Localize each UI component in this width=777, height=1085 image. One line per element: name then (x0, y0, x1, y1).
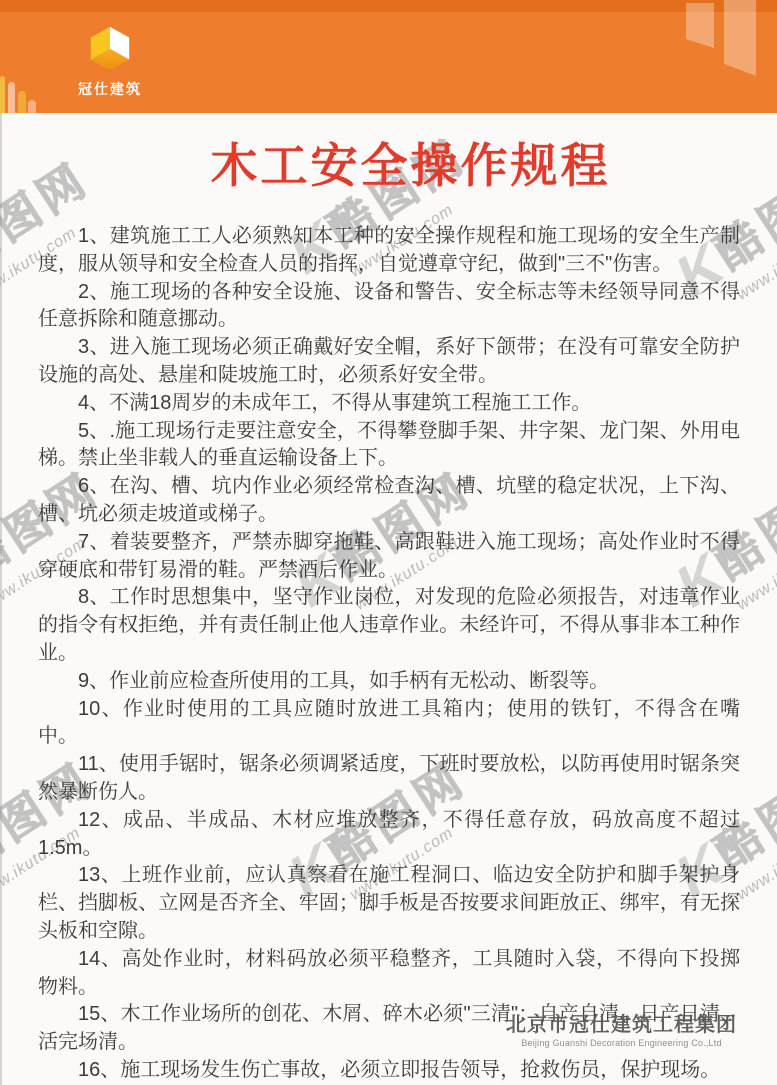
rule-item: 9、作业前应检查所使用的工具，如手柄有无松动、断裂等。 (38, 668, 740, 696)
rule-item: 5、.施工现场行走要注意安全，不得攀登脚手架、井字架、龙门架、外用电梯。禁止坐非… (38, 418, 740, 474)
page-title: 木工安全操作规程 (22, 138, 777, 194)
decor-equalizer-bars (0, 73, 40, 113)
rule-item: 4、不满18周岁的未成年工，不得从事建筑工程施工工作。 (38, 390, 740, 418)
decor-stripe (724, 0, 756, 76)
company-logo: 冠仕建筑 (78, 24, 142, 99)
rule-item: 7、着装要整齐，严禁赤脚穿拖鞋、高跟鞋进入施工现场；高处作业时不得穿硬底和带钉易… (38, 529, 740, 585)
company-name: 北京市冠仕建筑工程集团 (506, 1008, 737, 1037)
rule-item: 10、作业时使用的工具应随时放进工具箱内；使用的铁钉，不得含在嘴中。 (38, 696, 740, 752)
rule-item: 2、施工现场的各种安全设施、设备和警告、安全标志等未经领导同意不得任意拆除和随意… (38, 279, 740, 335)
rule-item: 14、高处作业时，材料码放必须平稳整齐，工具随时入袋，不得向下投掷物料。 (38, 946, 740, 1002)
footer: 北京市冠仕建筑工程集团 Beijing Guanshi Decoration E… (506, 1008, 737, 1048)
cube-logo-icon (86, 24, 134, 74)
rule-item: 11、使用手锯时，锯条必须调紧适度，下班时要放松，以防再使用时锯条突然暴断伤人。 (38, 751, 740, 807)
decor-stripe (686, 3, 714, 48)
company-name-en: Beijing Guanshi Decoration Engineering C… (506, 1038, 737, 1048)
rule-item: 1、建筑施工工人必须熟知本工种的安全操作规程和施工现场的安全生产制度，服从领导和… (38, 223, 740, 279)
rule-item: 6、在沟、槽、坑内作业必须经常检查沟、槽、坑壁的稳定状况，上下沟、槽、坑必须走坡… (38, 473, 740, 529)
logo-text: 冠仕建筑 (78, 79, 142, 99)
header-banner: 冠仕建筑 (0, 0, 777, 113)
rule-item: 16、施工现场发生伤亡事故，必须立即报告领导，抢救伤员，保护现场。 (38, 1057, 740, 1085)
rule-item: 13、上班作业前，应认真察看在施工程洞口、临边安全防护和脚手架护身栏、挡脚板、立… (38, 862, 740, 945)
rule-item: 8、工作时思想集中，坚守作业岗位，对发现的危险必须报告，对违章作业的指令有权拒绝… (38, 584, 740, 667)
left-edge-line (0, 113, 2, 1085)
rule-item: 12、成品、半成品、木材应堆放整齐，不得任意存放，码放高度不超过1.5m。 (38, 807, 740, 863)
rules-list: 1、建筑施工工人必须熟知本工种的安全操作规程和施工现场的安全生产制度，服从领导和… (38, 223, 740, 1085)
poster-page: K酷图网 www.ikutu.com K酷图网 www.ikutu.com K酷… (0, 0, 777, 1085)
rule-item: 3、进入施工现场必须正确戴好安全帽，系好下颌带；在没有可靠安全防护设施的高处、悬… (38, 334, 740, 390)
